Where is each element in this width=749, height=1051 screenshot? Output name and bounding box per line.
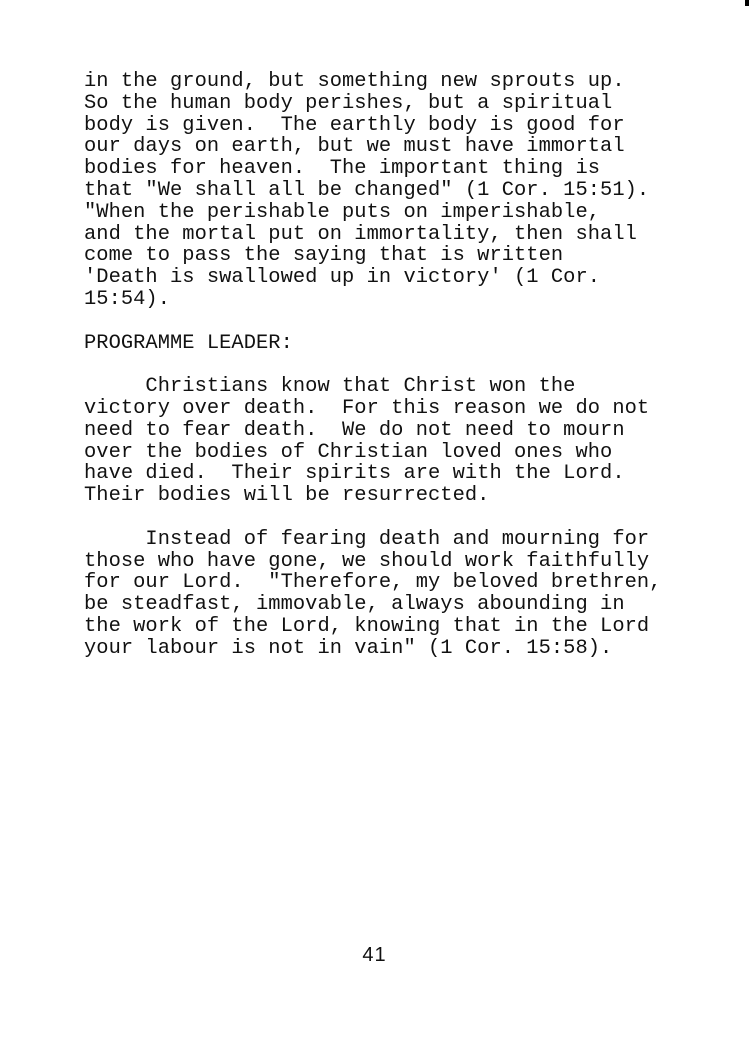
- text-line: victory over death. For this reason we d…: [84, 398, 724, 420]
- paragraph-leader-1: Christians know that Christ won thevicto…: [84, 376, 724, 507]
- text-line: that "We shall all be changed" (1 Cor. 1…: [84, 180, 724, 202]
- text-line: in the ground, but something new sprouts…: [84, 71, 724, 93]
- text-line: our days on earth, but we must have immo…: [84, 136, 724, 158]
- page-body: in the ground, but something new sprouts…: [84, 71, 724, 681]
- scan-mark: [745, 0, 749, 6]
- text-line: body is given. The earthly body is good …: [84, 115, 724, 137]
- text-line: 15:54).: [84, 289, 724, 311]
- paragraph-intro: in the ground, but something new sprouts…: [84, 71, 724, 311]
- text-line: your labour is not in vain" (1 Cor. 15:5…: [84, 638, 724, 660]
- text-line: those who have gone, we should work fait…: [84, 551, 724, 573]
- text-line: over the bodies of Christian loved ones …: [84, 442, 724, 464]
- text-line: Their bodies will be resurrected.: [84, 485, 724, 507]
- text-line: Christians know that Christ won the: [84, 376, 724, 398]
- text-line: be steadfast, immovable, always aboundin…: [84, 594, 724, 616]
- text-line: have died. Their spirits are with the Lo…: [84, 463, 724, 485]
- text-line: Instead of fearing death and mourning fo…: [84, 529, 724, 551]
- text-line: bodies for heaven. The important thing i…: [84, 158, 724, 180]
- text-line: need to fear death. We do not need to mo…: [84, 420, 724, 442]
- text-line: So the human body perishes, but a spirit…: [84, 93, 724, 115]
- text-line: "When the perishable puts on imperishabl…: [84, 202, 724, 224]
- speaker-label: PROGRAMME LEADER:: [84, 333, 724, 355]
- page-number: 41: [0, 944, 749, 967]
- text-line: for our Lord. "Therefore, my beloved bre…: [84, 572, 724, 594]
- text-line: the work of the Lord, knowing that in th…: [84, 616, 724, 638]
- text-line: 'Death is swallowed up in victory' (1 Co…: [84, 267, 724, 289]
- text-line: and the mortal put on immortality, then …: [84, 224, 724, 246]
- paragraph-leader-2: Instead of fearing death and mourning fo…: [84, 529, 724, 660]
- text-line: come to pass the saying that is written: [84, 245, 724, 267]
